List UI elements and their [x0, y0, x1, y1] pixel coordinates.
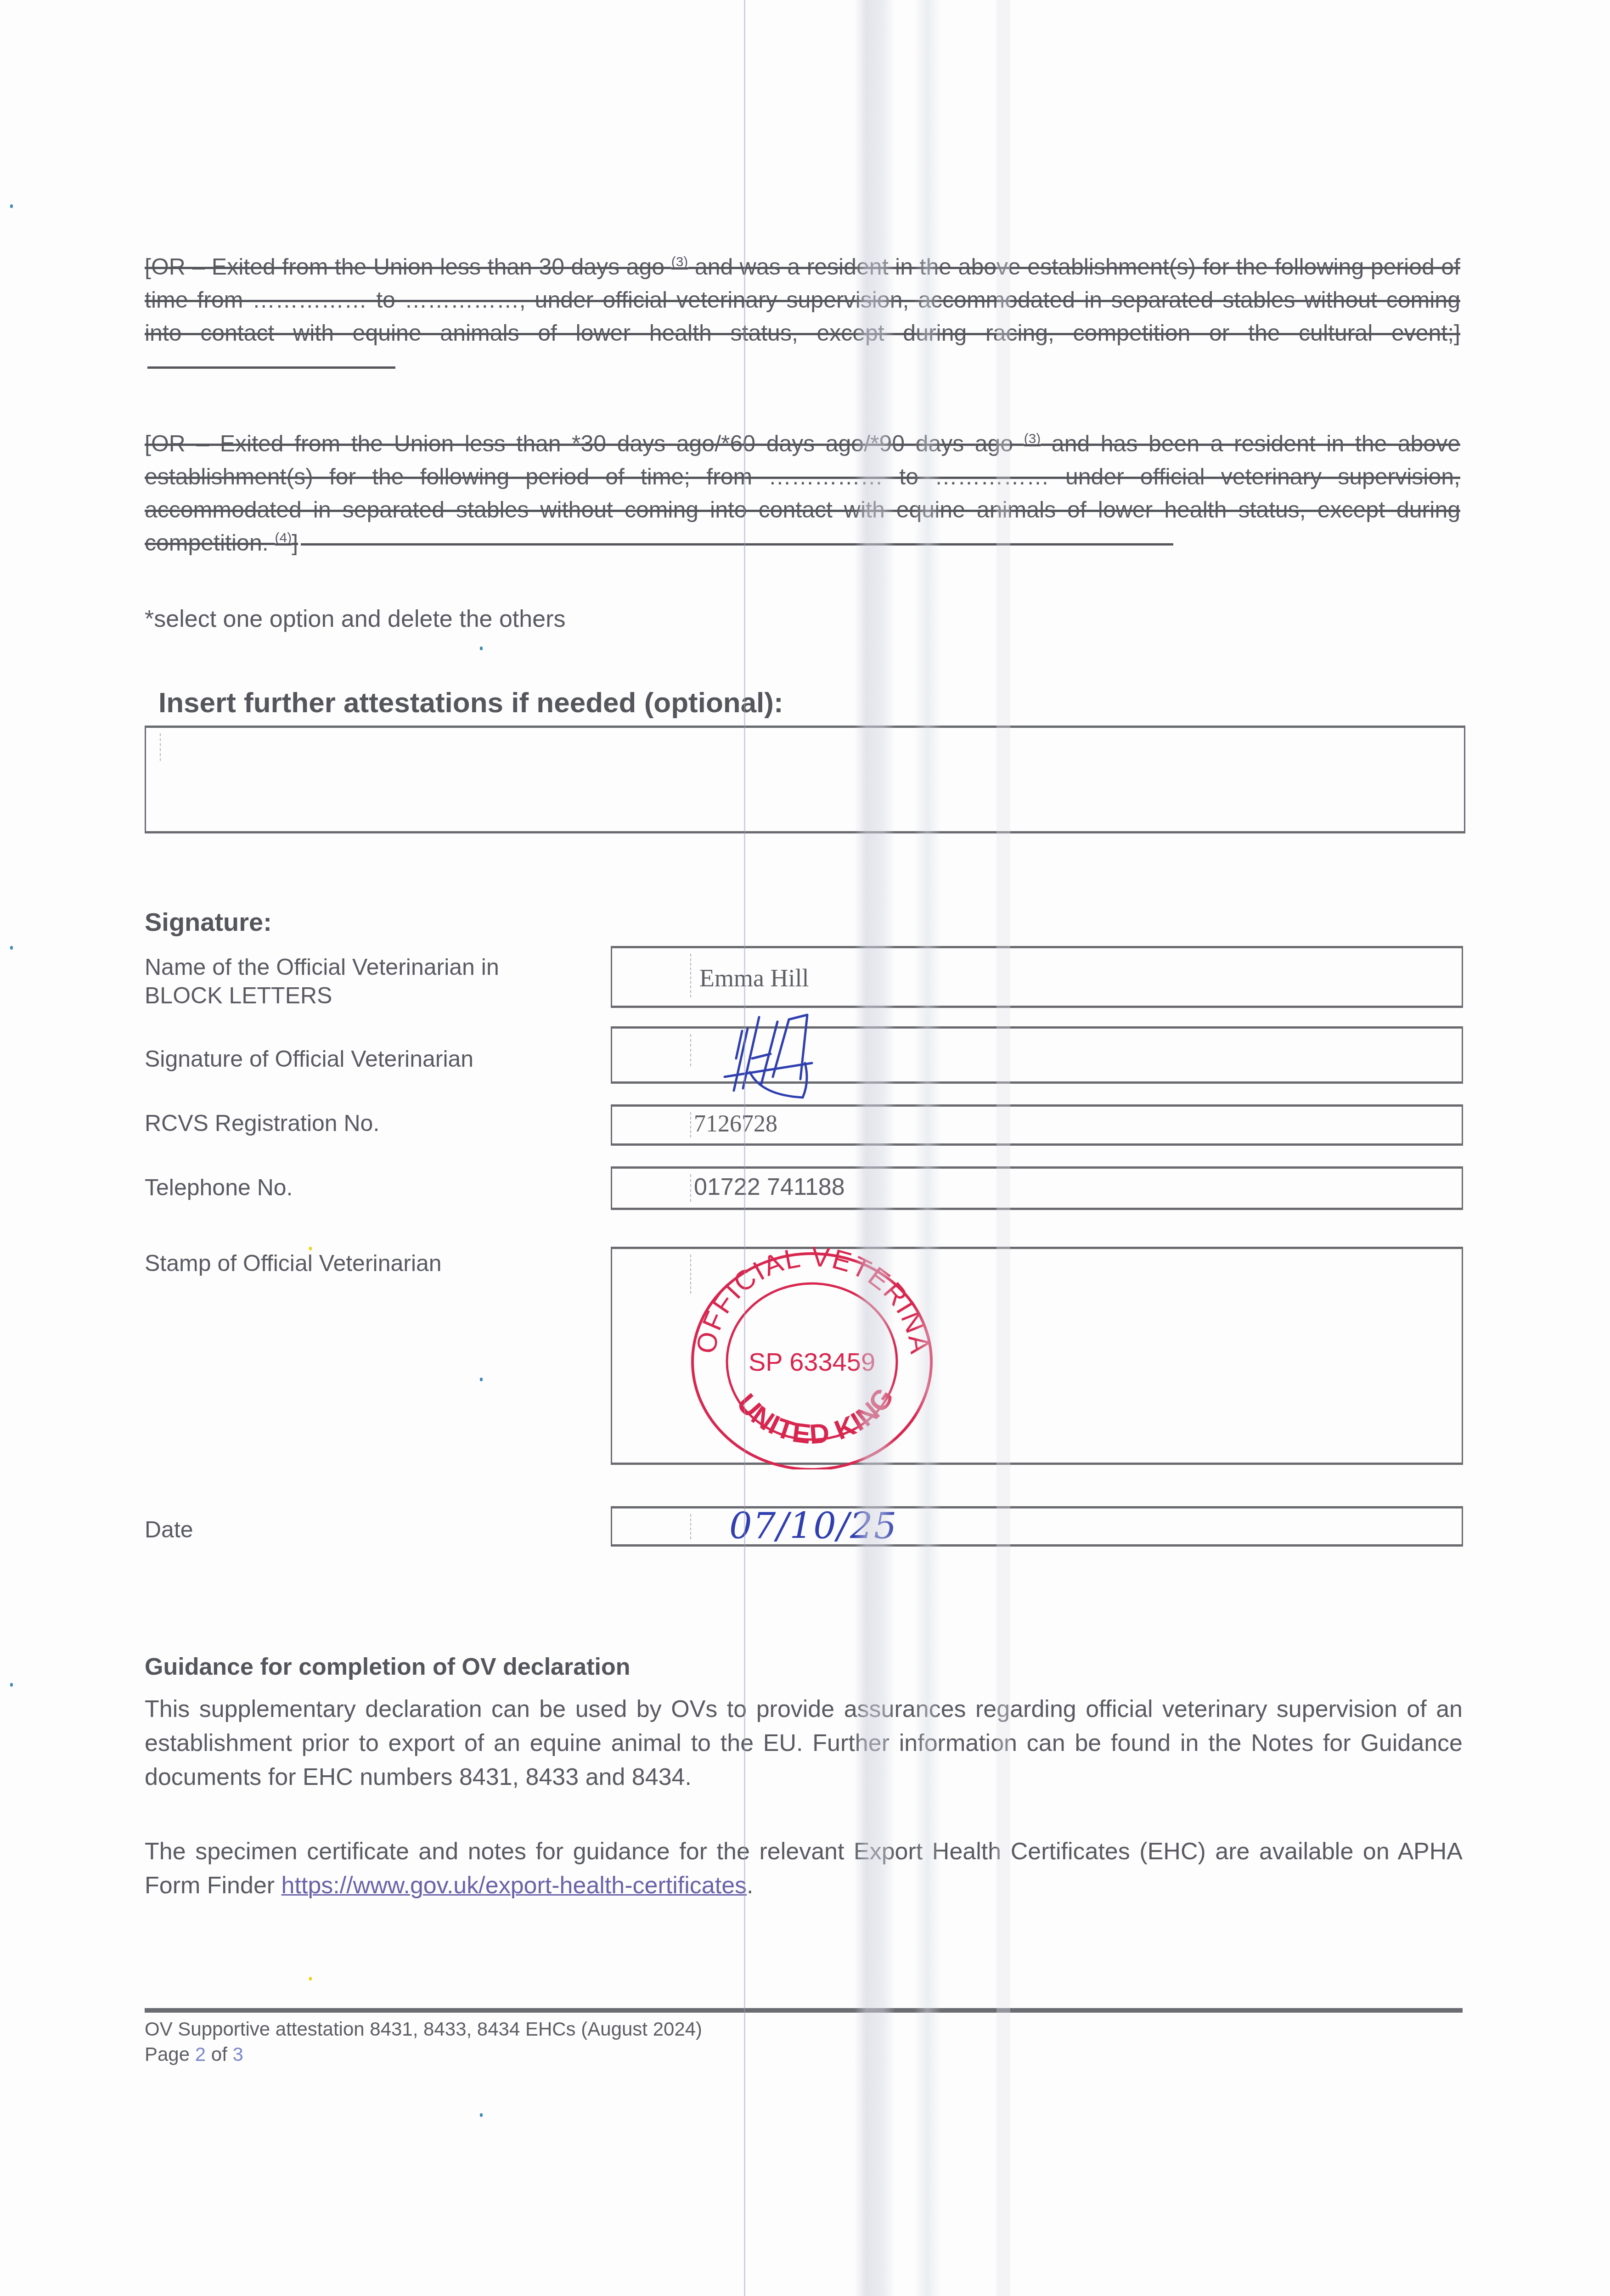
telephone-field[interactable]: 01722 741188 — [611, 1166, 1463, 1210]
rcvs-value: 7126728 — [694, 1110, 777, 1137]
scan-speck — [480, 647, 483, 650]
field-guide-line — [690, 1514, 692, 1539]
handwritten-signature-icon — [715, 1003, 826, 1100]
footnote-ref: (3) — [671, 254, 688, 270]
stamp-center-text: SP 633459 — [749, 1347, 875, 1376]
footnote-ref: (3) — [1024, 431, 1041, 446]
svg-text:OFFICIAL VETERINARIAN: OFFICIAL VETERINARIAN — [681, 1240, 936, 1357]
scan-speck — [309, 1977, 312, 1981]
telephone-value: 01722 741188 — [694, 1173, 845, 1201]
scan-speck — [10, 1683, 13, 1687]
scan-speck — [480, 2113, 483, 2117]
field-guide-line — [690, 1034, 692, 1066]
date-value: 07/10/25 — [729, 1506, 897, 1547]
signature-label: Signature of Official Veterinarian — [145, 1045, 473, 1073]
name-label: Name of the Official Veterinarian in BLO… — [145, 953, 499, 1010]
stamp-label: Stamp of Official Veterinarian — [145, 1249, 442, 1277]
rcvs-label: RCVS Registration No. — [145, 1109, 379, 1137]
footer-document-title: OV Supportive attestation 8431, 8433, 84… — [145, 2018, 702, 2040]
telephone-label: Telephone No. — [145, 1173, 293, 1202]
strike-tail-line — [301, 543, 1173, 546]
footer-rule — [145, 2008, 1463, 2013]
struck-option-text: [OR – Exited from the Union less than 30… — [145, 254, 671, 280]
name-label-line1: Name of the Official Veterinarian in — [145, 953, 499, 981]
scan-speck — [480, 1378, 483, 1381]
name-label-line2: BLOCK LETTERS — [145, 981, 499, 1010]
page-of: of — [206, 2043, 232, 2065]
guidance-heading: Guidance for completion of OV declaratio… — [145, 1653, 630, 1681]
guidance-paragraph-2-suffix: . — [747, 1872, 753, 1899]
field-guide-line — [690, 1174, 692, 1202]
rcvs-field[interactable]: 7126728 — [611, 1104, 1463, 1146]
field-guide-line — [690, 954, 692, 997]
official-veterinarian-stamp-icon: OFFICIAL VETERINARIAN UNITED KINGDOM SP … — [681, 1240, 938, 1469]
scan-speck — [309, 1247, 312, 1250]
strike-tail-line — [147, 366, 395, 369]
scan-speck — [10, 204, 13, 208]
signature-heading: Signature: — [145, 907, 272, 937]
field-guide-line — [160, 733, 162, 761]
stamp-top-text: OFFICIAL VETERINARIAN — [681, 1240, 936, 1357]
footer-page-number: Page 2 of 3 — [145, 2043, 243, 2065]
stamp-field[interactable]: OFFICIAL VETERINARIAN UNITED KINGDOM SP … — [611, 1247, 1463, 1465]
further-attestations-field[interactable] — [145, 726, 1465, 833]
document-page: [OR – Exited from the Union less than 30… — [0, 0, 1610, 2296]
further-attestations-heading: Insert further attestations if needed (o… — [158, 687, 783, 719]
page-total: 3 — [233, 2043, 243, 2065]
footnote-ref: (4) — [275, 530, 292, 546]
name-value: Emma Hill — [699, 964, 809, 992]
signature-field[interactable] — [611, 1026, 1463, 1084]
select-option-note: *select one option and delete the others — [145, 605, 565, 633]
guidance-paragraph-1: This supplementary declaration can be us… — [145, 1692, 1463, 1794]
page-prefix: Page — [145, 2043, 195, 2065]
date-field[interactable]: 07/10/25 — [611, 1506, 1463, 1547]
export-health-certificates-link[interactable]: https://www.gov.uk/export-health-certifi… — [281, 1872, 747, 1899]
scan-speck — [10, 946, 13, 950]
page-current: 2 — [195, 2043, 206, 2065]
date-label: Date — [145, 1515, 193, 1544]
field-guide-line — [690, 1112, 692, 1137]
struck-option-text: ] — [292, 530, 298, 556]
struck-option-30-days: [OR – Exited from the Union less than 30… — [145, 250, 1460, 383]
struck-option-30-60-90-days: [OR – Exited from the Union less than *3… — [145, 427, 1460, 559]
guidance-paragraph-2: The specimen certificate and notes for g… — [145, 1835, 1463, 1902]
name-field[interactable]: Emma Hill — [611, 946, 1463, 1008]
struck-option-text: [OR – Exited from the Union less than *3… — [145, 431, 1024, 456]
